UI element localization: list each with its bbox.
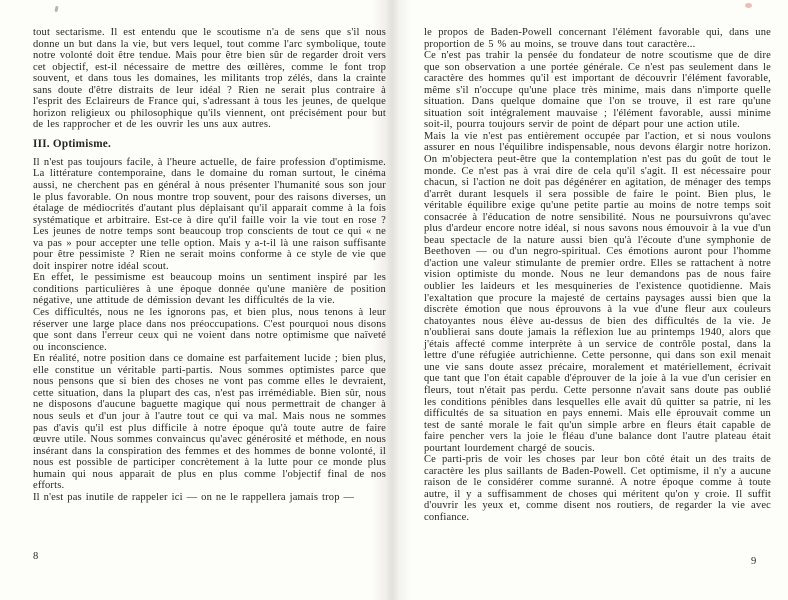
paragraph: Il n'est pas inutile de rappeler ici — o…	[33, 492, 386, 504]
page-number-left: 8	[33, 551, 38, 562]
book-spread: tout sectarisme. Il est entendu que le s…	[0, 0, 788, 600]
paragraph: Ce n'est pas trahir la pensée du fondate…	[424, 50, 771, 131]
paragraph: En effet, le pessimisme est beaucoup moi…	[33, 272, 386, 307]
paragraph: le propos de Baden-Powell concernant l'é…	[424, 27, 771, 50]
paragraph: Ces difficultés, nous ne les ignorons pa…	[33, 307, 386, 353]
paragraph: Mais la vie n'est pas entièrement occupé…	[424, 131, 771, 454]
paragraph: Il n'est pas toujours facile, à l'heure …	[33, 157, 386, 272]
page-number-right: 9	[751, 556, 756, 567]
paragraph: Ce parti-pris de voir les choses par leu…	[424, 454, 771, 523]
left-page: tout sectarisme. Il est entendu que le s…	[33, 27, 386, 503]
scan-artifact	[745, 3, 752, 8]
right-page: le propos de Baden-Powell concernant l'é…	[424, 27, 771, 524]
section-heading: III. Optimisme.	[33, 138, 386, 150]
paragraph: tout sectarisme. Il est entendu que le s…	[33, 27, 386, 131]
paragraph: En réalité, notre position dans ce domai…	[33, 353, 386, 492]
scan-artifact	[54, 6, 58, 12]
